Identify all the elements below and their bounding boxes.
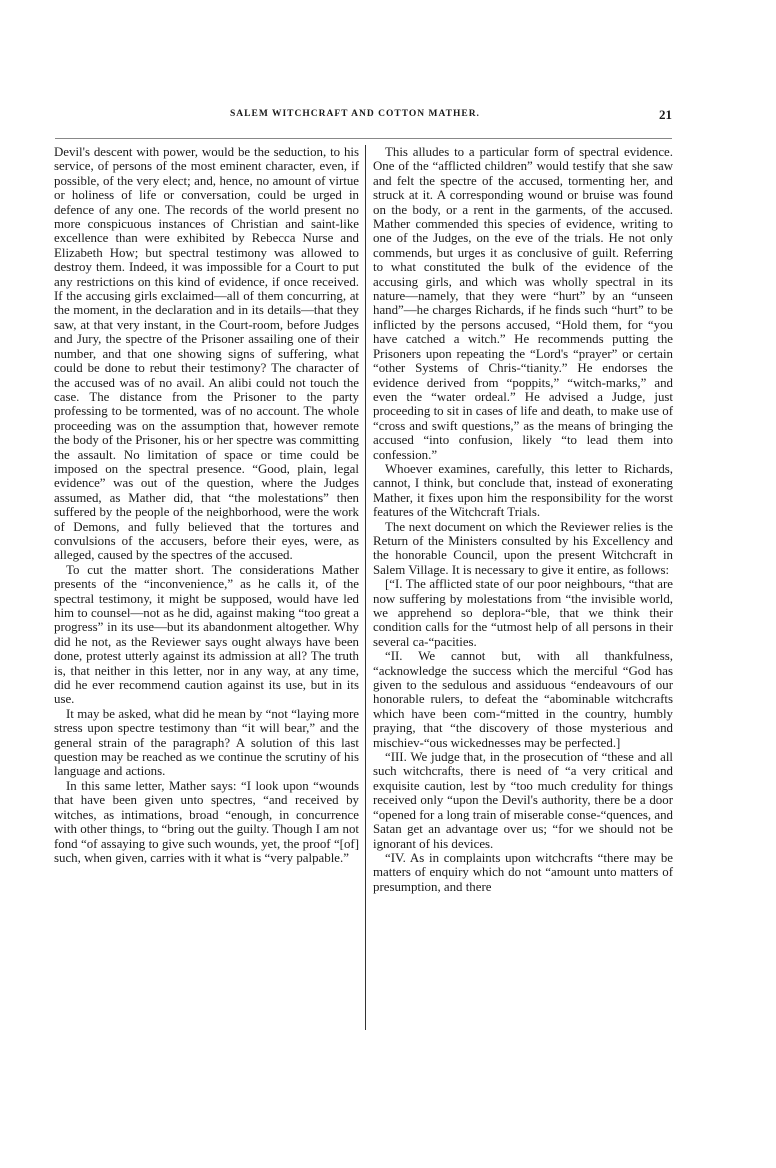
column-divider: [365, 145, 366, 1030]
paragraph: It may be asked, what did he mean by “no…: [54, 707, 359, 779]
paragraph: “II. We cannot but, with all thankfulnes…: [373, 649, 673, 750]
paragraph: Devil's descent with power, would be the…: [54, 145, 359, 563]
running-title: SALEM WITCHCRAFT AND COTTON MATHER.: [230, 109, 480, 119]
paragraph: The next document on which the Reviewer …: [373, 520, 673, 578]
header-rule: [55, 138, 672, 139]
left-column: Devil's descent with power, would be the…: [54, 145, 359, 865]
paragraph: [“I. The afflicted state of our poor nei…: [373, 577, 673, 649]
right-column: This alludes to a particular form of spe…: [373, 145, 673, 894]
paragraph: “IV. As in complaints upon witchcrafts “…: [373, 851, 673, 894]
paragraph: “III. We judge that, in the prosecution …: [373, 750, 673, 851]
paragraph: To cut the matter short. The considerati…: [54, 563, 359, 707]
paragraph: Whoever examines, carefully, this letter…: [373, 462, 673, 520]
paragraph: In this same letter, Mather says: “I loo…: [54, 779, 359, 865]
running-head: SALEM WITCHCRAFT AND COTTON MATHER. 21: [55, 109, 672, 125]
paragraph: This alludes to a particular form of spe…: [373, 145, 673, 462]
page-number: 21: [659, 107, 672, 123]
